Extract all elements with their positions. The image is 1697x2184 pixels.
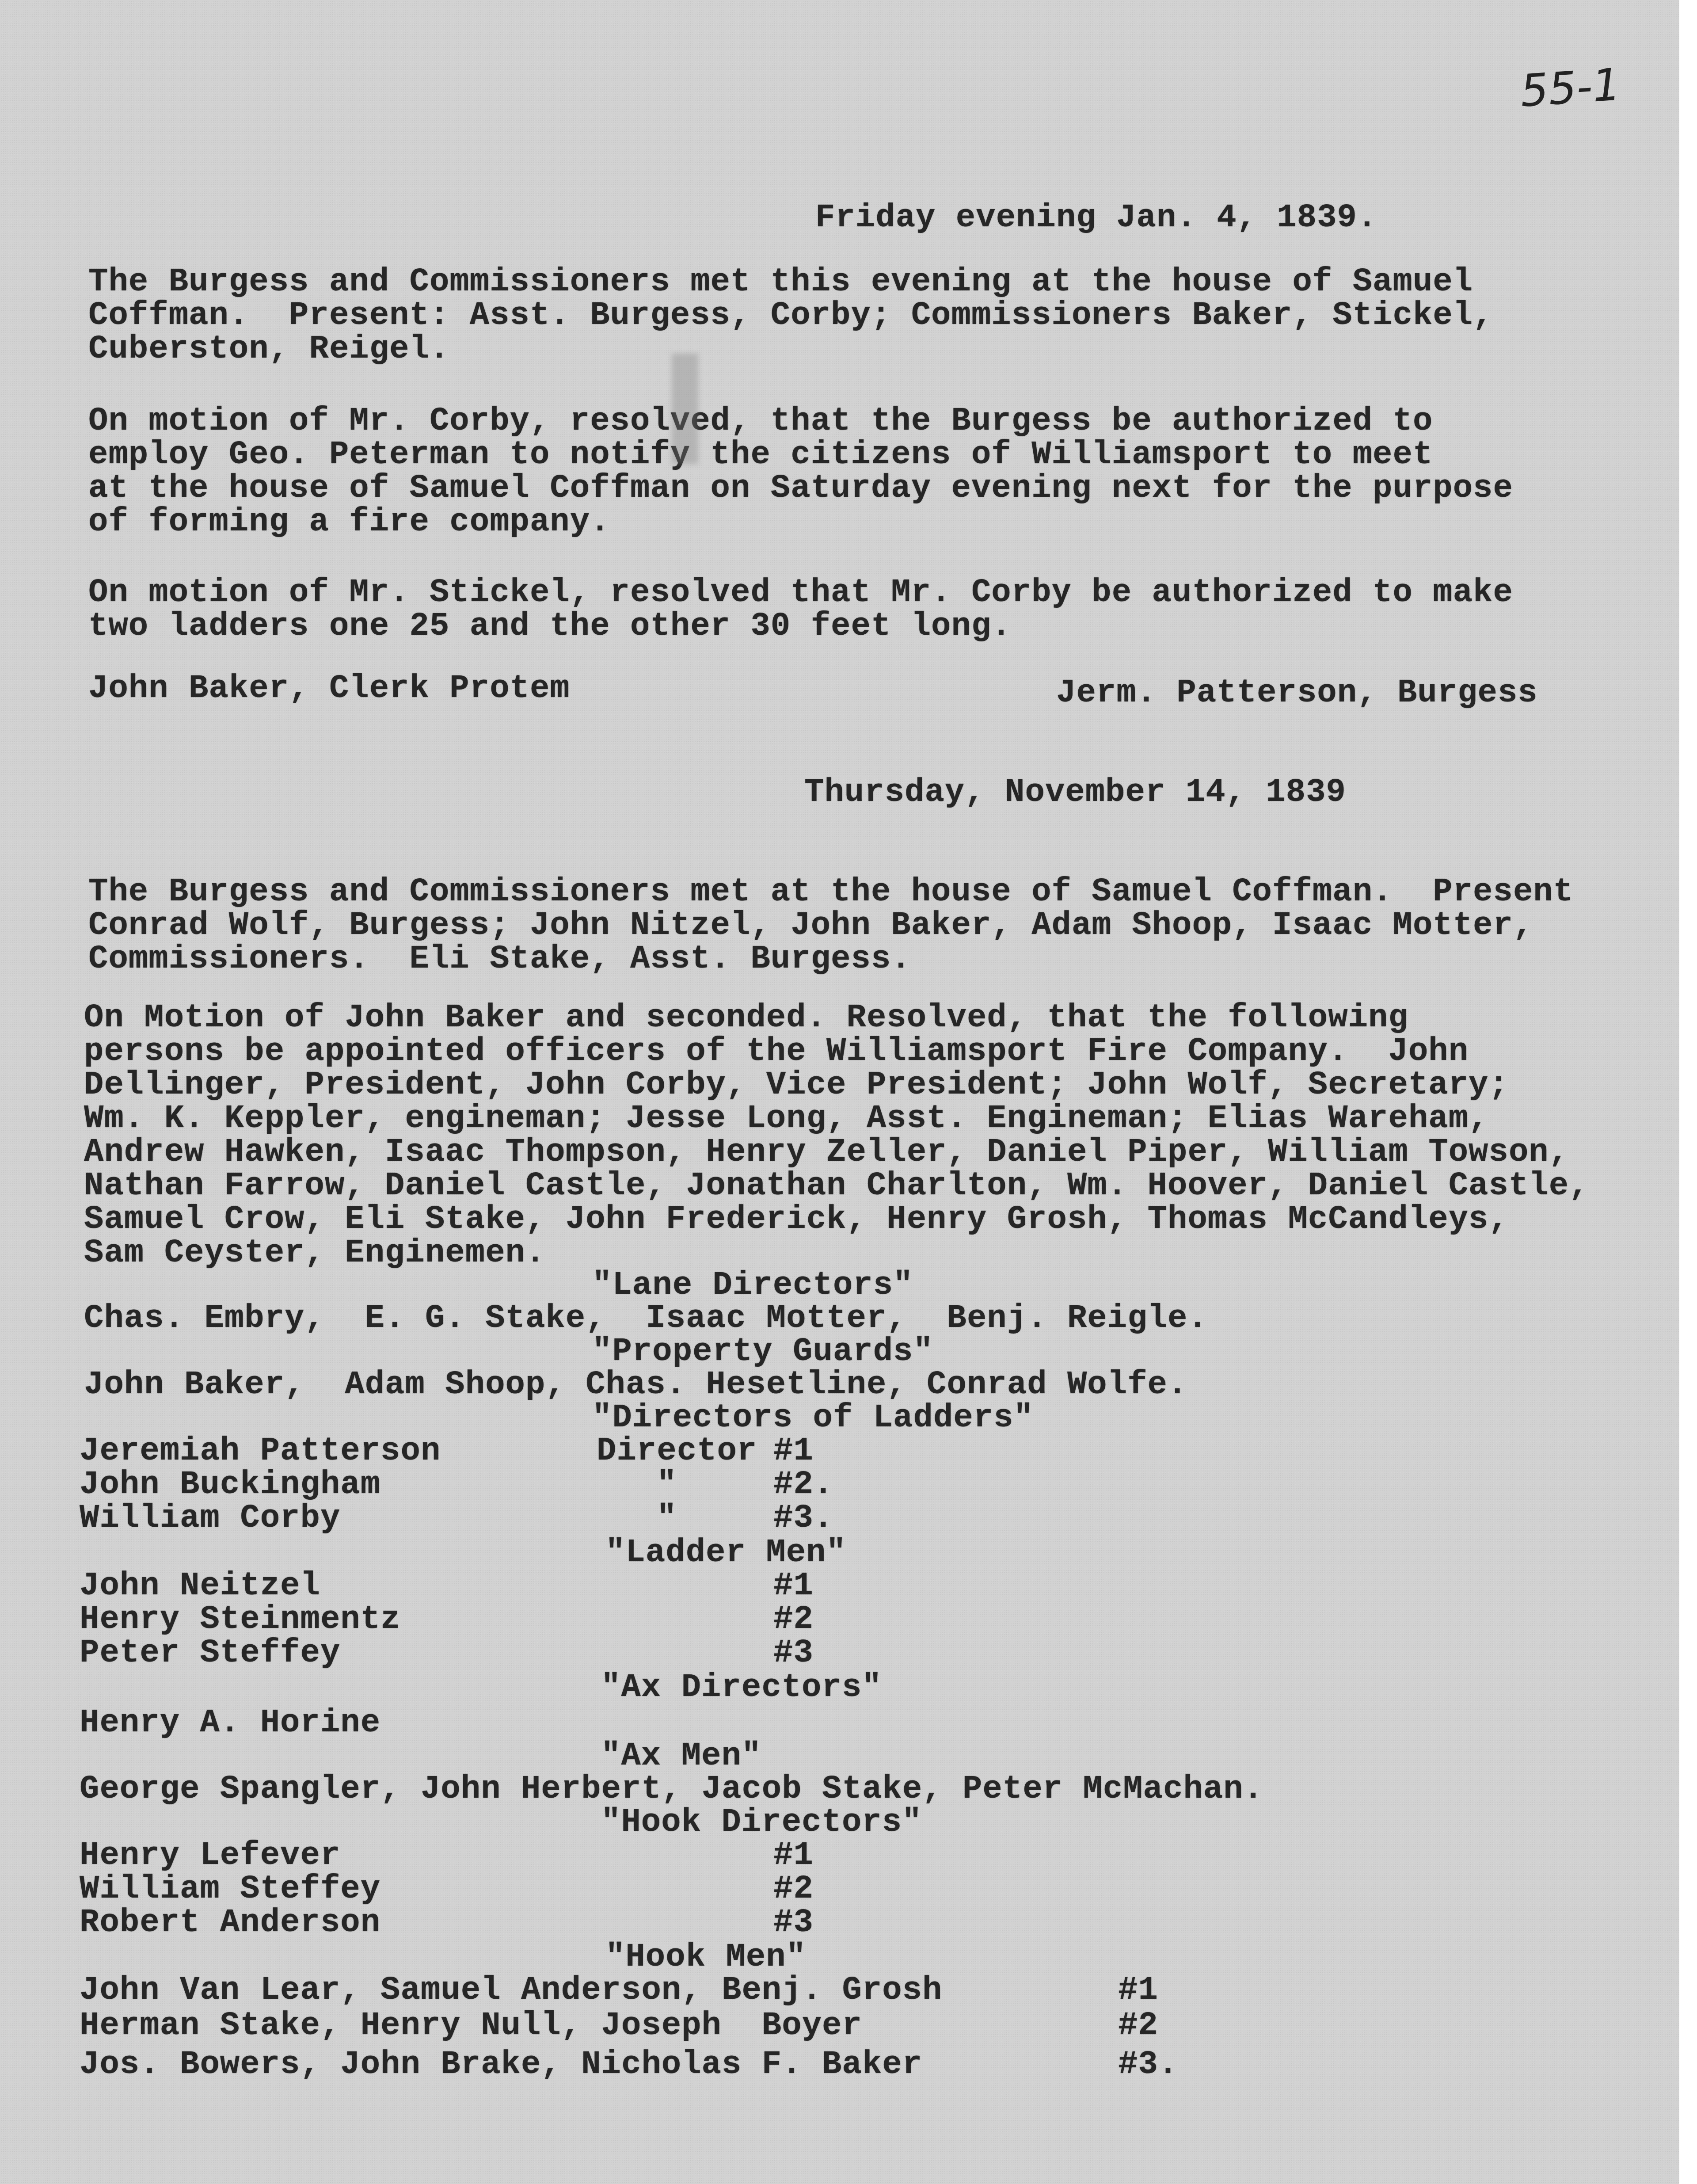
roster-name: Peter Steffey: [80, 1636, 340, 1670]
roster-row: Peter Steffey #3: [80, 1636, 1538, 1670]
roster-name: Jos. Bowers, John Brake, Nicholas F. Bak…: [80, 2048, 922, 2081]
burgess-signature: Jerm. Patterson, Burgess: [1056, 676, 1538, 710]
roster-role: ": [597, 1468, 677, 1502]
property-guards-heading: "Property Guards": [592, 1335, 933, 1368]
ax-directors-heading: "Ax Directors": [601, 1671, 882, 1704]
roster-row: Robert Anderson #3: [80, 1906, 1538, 1940]
meeting2-officers-paragraph: On Motion of John Baker and seconded. Re…: [84, 1001, 1589, 1270]
property-guards-list: John Baker, Adam Shoop, Chas. Hesetline,…: [84, 1368, 1187, 1402]
roster-name: William Steffey: [80, 1872, 380, 1906]
ladder-men-heading: "Ladder Men": [605, 1536, 846, 1570]
roster-row: William Corby " #3.: [80, 1502, 1538, 1535]
roster-role: ": [597, 1502, 677, 1535]
hook-men-heading: "Hook Men": [605, 1940, 806, 1974]
roster-name: Herman Stake, Henry Null, Joseph Boyer: [80, 2009, 862, 2043]
roster-number: #3: [773, 1906, 814, 1940]
meeting1-attendance-paragraph: The Burgess and Commissioners met this e…: [88, 265, 1493, 366]
roster-name: Henry Steinmentz: [80, 1603, 401, 1636]
roster-role: Director: [597, 1434, 757, 1468]
ladder-men-table: John Neitzel #1 Henry Steinmentz #2 Pete…: [80, 1569, 1538, 1670]
handwritten-page-number: 55-1: [1518, 58, 1622, 117]
clerk-signature: John Baker, Clerk Protem: [88, 672, 570, 705]
roster-number: #2: [1118, 2009, 1158, 2043]
roster-row: Jeremiah Patterson Director #1: [80, 1434, 1538, 1468]
roster-row: John Neitzel #1: [80, 1569, 1538, 1603]
hook-directors-heading: "Hook Directors": [601, 1806, 922, 1839]
directors-of-ladders-table: Jeremiah Patterson Director #1 John Buck…: [80, 1434, 1538, 1535]
ax-men-list: George Spangler, John Herbert, Jacob Sta…: [80, 1772, 1263, 1806]
roster-row: Henry Lefever #1: [80, 1839, 1538, 1872]
roster-number: #2.: [773, 1468, 833, 1502]
roster-name: Jeremiah Patterson: [80, 1434, 441, 1468]
roster-name: Robert Anderson: [80, 1906, 380, 1940]
meeting1-date: Friday evening Jan. 4, 1839.: [815, 201, 1377, 235]
roster-name: John Neitzel: [80, 1569, 320, 1603]
roster-number: #1: [773, 1434, 814, 1468]
roster-name: Henry Lefever: [80, 1839, 340, 1872]
roster-row: Jos. Bowers, John Brake, Nicholas F. Bak…: [80, 2048, 1538, 2081]
hook-directors-table: Henry Lefever #1 William Steffey #2 Robe…: [80, 1839, 1538, 1940]
meeting1-motion-ladders: On motion of Mr. Stickel, resolved that …: [88, 576, 1513, 643]
ax-directors-list: Henry A. Horine: [80, 1706, 380, 1740]
roster-number: #1: [1118, 1974, 1158, 2007]
roster-number: #3: [773, 1636, 814, 1670]
roster-number: #1: [773, 1569, 814, 1603]
roster-row: Herman Stake, Henry Null, Joseph Boyer #…: [80, 2009, 1538, 2048]
roster-row: John Van Lear, Samuel Anderson, Benj. Gr…: [80, 1974, 1538, 2009]
roster-name: John Buckingham: [80, 1468, 380, 1502]
roster-row: John Buckingham " #2.: [80, 1468, 1538, 1502]
roster-number: #3.: [1118, 2048, 1178, 2081]
roster-name: John Van Lear, Samuel Anderson, Benj. Gr…: [80, 1974, 943, 2007]
roster-name: William Corby: [80, 1502, 340, 1535]
roster-row: William Steffey #2: [80, 1872, 1538, 1906]
directors-of-ladders-heading: "Directors of Ladders": [592, 1401, 1034, 1435]
ax-men-heading: "Ax Men": [601, 1739, 761, 1773]
hook-men-table: John Van Lear, Samuel Anderson, Benj. Gr…: [80, 1974, 1538, 2081]
roster-number: #3.: [773, 1502, 833, 1535]
roster-row: Henry Steinmentz #2: [80, 1603, 1538, 1636]
meeting1-motion-fire-company: On motion of Mr. Corby, resolved, that t…: [88, 404, 1513, 539]
lane-directors-list: Chas. Embry, E. G. Stake, Isaac Motter, …: [84, 1302, 1208, 1335]
document-page: 55-1 Friday evening Jan. 4, 1839. The Bu…: [0, 0, 1679, 2184]
roster-number: #2: [773, 1603, 814, 1636]
meeting2-attendance-paragraph: The Burgess and Commissioners met at the…: [88, 875, 1573, 976]
meeting2-date: Thursday, November 14, 1839: [804, 776, 1346, 809]
lane-directors-heading: "Lane Directors": [592, 1269, 913, 1302]
roster-number: #1: [773, 1839, 814, 1872]
roster-number: #2: [773, 1872, 814, 1906]
